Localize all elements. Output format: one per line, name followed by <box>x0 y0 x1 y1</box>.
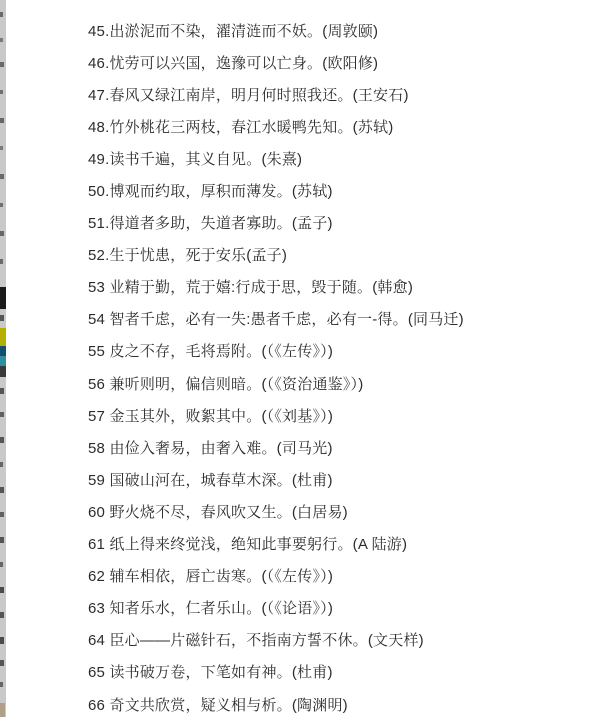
edge-artifact <box>0 12 3 17</box>
quote-line: 55 皮之不存，毛将焉附。(（《左传》）) <box>88 335 602 367</box>
quote-line: 47.春风又绿江南岸，明月何时照我还。(王安石) <box>88 78 602 110</box>
quote-line: 46.忧劳可以兴国，逸豫可以亡身。(欧阳修) <box>88 46 602 78</box>
edge-artifact <box>0 487 4 493</box>
edge-artifact <box>0 90 3 94</box>
edge-artifact <box>0 512 4 517</box>
edge-artifact <box>0 174 4 179</box>
quote-line: 65 读书破万卷，下笔如有神。(杜甫) <box>88 656 602 688</box>
edge-artifact <box>0 660 4 666</box>
edge-artifact <box>0 346 6 356</box>
edge-artifact <box>0 118 4 123</box>
edge-artifact <box>0 388 4 394</box>
edge-artifact <box>0 562 3 567</box>
edge-artifact <box>0 62 4 67</box>
edge-artifact <box>0 703 5 717</box>
quote-line: 54 智者千虑，必有一失:愚者千虑，必有一-得。(同马迁) <box>88 303 602 335</box>
edge-artifact <box>0 231 4 236</box>
edge-artifact <box>0 537 4 543</box>
edge-artifact <box>0 203 3 207</box>
page-edge-strip <box>0 0 6 717</box>
quote-line: 64 臣心——片磁针石，不指南方誓不休。(文天样) <box>88 624 602 656</box>
edge-artifact <box>0 328 6 346</box>
quote-list: 45.出淤泥而不染，濯清涟而不妖。(周敦颐) 46.忧劳可以兴国，逸豫可以亡身。… <box>88 14 602 717</box>
edge-artifact <box>0 412 4 417</box>
quote-line: 53 业精于勤，荒于嬉:行成于思，毁于随。(韩愈) <box>88 271 602 303</box>
edge-artifact <box>0 587 4 593</box>
edge-artifact <box>0 682 3 687</box>
quote-line: 62 辅车相依，唇亡齿寒。(（《左传》）) <box>88 560 602 592</box>
quote-line: 51.得道者多助，失道者寡助。(孟子) <box>88 207 602 239</box>
document-page: 45.出淤泥而不染，濯清涟而不妖。(周敦颐) 46.忧劳可以兴国，逸豫可以亡身。… <box>0 0 612 717</box>
quote-line: 45.出淤泥而不染，濯清涟而不妖。(周敦颐) <box>88 14 602 46</box>
quote-line: 60 野火烧不尽，春风吹又生。(白居易) <box>88 495 602 527</box>
edge-artifact <box>0 146 3 150</box>
quote-line: 59 国破山河在，城春草木深。(杜甫) <box>88 463 602 495</box>
edge-artifact <box>0 437 4 443</box>
quote-line: 57 金玉其外，败絮其中。(（《刘基》）) <box>88 399 602 431</box>
quote-line: 66 奇文共欣赏，疑义相与析。(陶渊明) <box>88 688 602 717</box>
edge-artifact <box>0 259 3 264</box>
edge-artifact <box>0 356 6 366</box>
edge-artifact <box>0 637 4 644</box>
edge-artifact <box>0 462 3 467</box>
quote-line: 61 纸上得来终觉浅，绝知此事要躬行。(A 陆游) <box>88 528 602 560</box>
edge-artifact <box>0 612 4 618</box>
quote-line: 58 由俭入奢易，由奢入难。(司马光) <box>88 431 602 463</box>
edge-artifact <box>0 366 6 377</box>
edge-artifact <box>0 315 4 321</box>
quote-line: 52.生于忧患，死于安乐(孟子) <box>88 239 602 271</box>
quote-line: 48.竹外桃花三两枝，春江水暖鸭先知。(苏轼) <box>88 110 602 142</box>
quote-line: 49.读书千遍，其义自见。(朱熹) <box>88 142 602 174</box>
quote-line: 56 兼听则明，偏信则暗。(（《资治通鉴》）) <box>88 367 602 399</box>
edge-artifact <box>0 38 3 42</box>
quote-line: 63 知者乐水，仁者乐山。(（《论语》）) <box>88 592 602 624</box>
quote-line: 50.博观而约取，厚积而薄发。(苏轼) <box>88 174 602 206</box>
edge-artifact <box>0 287 6 309</box>
